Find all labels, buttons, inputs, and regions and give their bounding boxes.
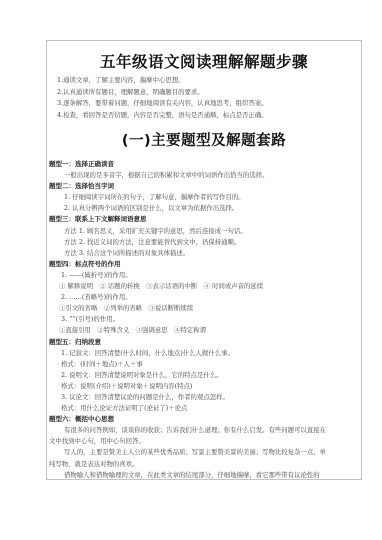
section-line: 格式：用什么论证方法证明了(论证了)＋论点: [49, 403, 361, 414]
section-line: 写人的，主要是赞美主人公的某些优秀品质；写景主要赞美景的美丽；写物比较复杂一点，…: [49, 447, 361, 458]
section-line: 方法 2. 找近义词的方法，注意要能替代到文中，仍保持通顺。: [49, 237, 361, 248]
section-line: 借物喻人和借物喻理的文章，在此类文章的结尾部分，仔细地揣摩，看它那些带有议论性的: [49, 470, 361, 481]
section-heading: 题型三：联系上下文解释词语意思: [49, 214, 361, 225]
section-line: 格式：说明(介绍)＋说明对象＋说明内容(特点): [49, 381, 361, 392]
section-line: 一般出现的是多音字，根据自己的积累和文章中的词语作出恰当的选择。: [49, 170, 361, 181]
section-heading: 题型五：归纳段意: [49, 337, 361, 348]
section-line: 3. 议论文：回答清楚议论的问题是什么，作者的观点怎样。: [49, 392, 361, 403]
section-line: 格式：(时间＋地点)＋人＋事: [49, 359, 361, 370]
section-line: 2. ……(省略号)的作用。: [49, 292, 361, 303]
document-page: 五年级语文阅读理解解题步骤 1.通读文章，了解主要内容，揣摩中心思想。 2.认真…: [46, 40, 362, 480]
section-subtitle: (一)主要题型及解题套路: [47, 129, 361, 150]
section-line: 2. 说明文：回答清楚说明对象是什么，它的特点是什么。: [49, 370, 361, 381]
section-line: ① 解释说明 ② 话题的转换 ③表示话语的中断 ④ 时间或声音的延续: [49, 281, 361, 292]
step-item: 2.认真通读所有题目，理解题意，明确题目的要求。: [57, 87, 357, 99]
section-heading: 题型一：选择正确读音: [49, 159, 361, 170]
step-item: 3.逐条解答，要带着问题，仔细地阅读有关内容，认真地思考，组织答案。: [57, 98, 357, 110]
section-line: 2. 认真分辨两个词语的区别是什么，以文章为依据作出选择。: [49, 203, 361, 214]
steps-list: 1.通读文章，了解主要内容，揣摩中心思想。 2.认真通读所有题目，理解题意，明确…: [57, 75, 357, 122]
section-heading: 题型六：概括中心思想: [49, 414, 361, 425]
document-title: 五年级语文阅读理解解题步骤: [47, 50, 361, 72]
section-line: 1. 仔细阅读字词所在的句子，了解句意，揣摩作者的写作目的。: [49, 192, 361, 203]
step-item: 1.通读文章，了解主要内容，揣摩中心思想。: [57, 75, 357, 87]
section-line: 1. ——(破折号)的作用。: [49, 270, 361, 281]
section-heading: 题型四：标点符号的作用: [49, 259, 361, 270]
section-line: 1. 记叙文：回答清楚(什么时间，什么地点)什么人做什么事。: [49, 348, 361, 359]
section-line: 纯写物，就是表达对物的喜欢。: [49, 459, 361, 470]
question-types: 题型一：选择正确读音 一般出现的是多音字，根据自己的积累和文章中的词语作出恰当的…: [49, 159, 361, 481]
section-line: ①直接引用 ②特殊含义 ③强调意思 ④特定称谓: [49, 325, 361, 336]
section-line: ①引文的省略 ②列举的省略 ③说话断断续续: [49, 303, 361, 314]
section-line: 有很多的问答例如，谈谈你的收获；告诉我们什么道理；你有什么启发。有些问题可以直接…: [49, 425, 361, 436]
section-heading: 题型二：选择恰当字词: [49, 181, 361, 192]
section-line: 方法 1. 顾名思义，采用扩充关键字的意思，然后连接成一句话。: [49, 226, 361, 237]
step-item: 4.检查，看回答是否切题，内容是否完整，语句是否通顺，标点是否正确。: [57, 110, 357, 122]
section-line: 方法 3. 结合这个词所描述的对象具体描述。: [49, 248, 361, 259]
section-line: 文中找到中心句，用中心句回答。: [49, 436, 361, 447]
section-line: 3. “”(引号)的作用。: [49, 314, 361, 325]
